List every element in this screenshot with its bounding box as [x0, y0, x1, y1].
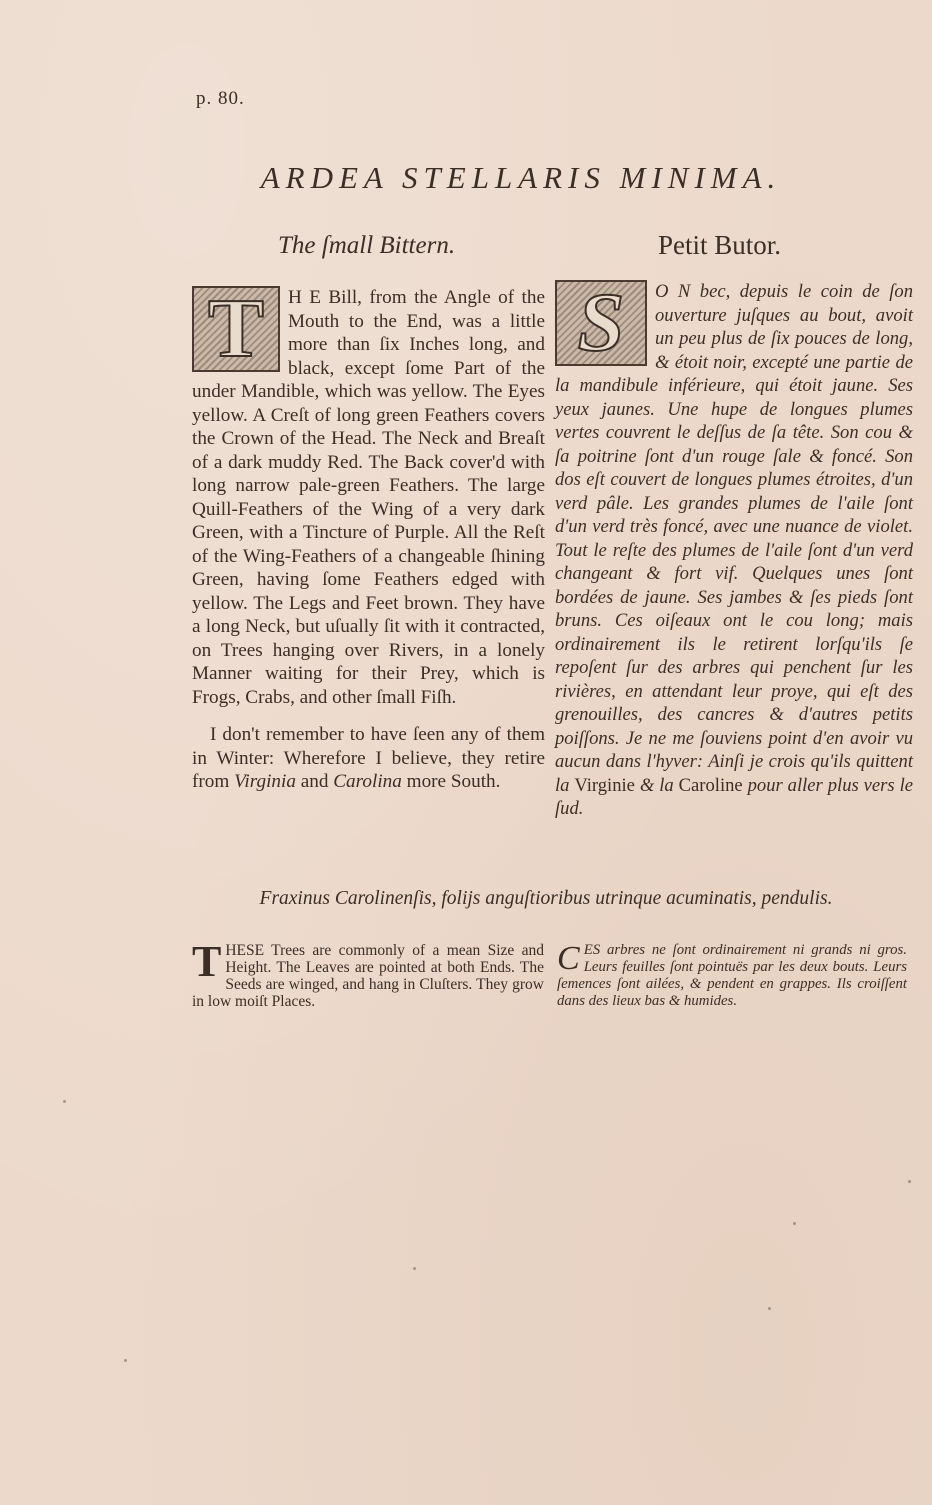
dropcap-letter: S — [557, 282, 645, 364]
place-carolina: Carolina — [333, 771, 402, 792]
ornamental-dropcap-t: T — [192, 286, 280, 372]
subtitle-english: The ſmall Bittern. — [278, 232, 455, 260]
place-caroline: Caroline — [679, 775, 743, 796]
tree-english-column: T HESE Trees are commonly of a mean Size… — [192, 942, 544, 1010]
paper-spot — [413, 1267, 416, 1270]
paper-spot — [793, 1222, 796, 1225]
place-virginie: Virginie — [574, 775, 635, 796]
paper-spot — [908, 1180, 911, 1183]
page-number: p. 80. — [196, 88, 245, 110]
dropcap-c: C — [557, 944, 580, 974]
text: more South. — [402, 771, 501, 792]
english-column: T H E Bill, from the Angle of the Mouth … — [192, 286, 545, 794]
tree-title: Fraxinus Carolinenſis, folijs anguſtiori… — [0, 888, 932, 910]
ornamental-dropcap-s: S — [555, 280, 647, 366]
tree-english-text: HESE Trees are commonly of a mean Size a… — [192, 942, 544, 1010]
tree-french-column: C ES arbres ne ſont ordinairement ni gra… — [557, 942, 907, 1010]
paper-spot — [768, 1307, 771, 1310]
french-column: S O N bec, depuis le coin de ſon ouvertu… — [555, 280, 913, 821]
english-paragraph-2: I don't remember to have ſeen any of the… — [192, 723, 545, 794]
page-title: ARDEA STELLARIS MINIMA. — [0, 160, 932, 196]
paper-spot — [124, 1359, 127, 1362]
text: & la — [635, 775, 679, 796]
tree-french-text: ES arbres ne ſont ordinairement ni grand… — [557, 942, 907, 1009]
text: and — [296, 771, 333, 792]
paper-spot — [63, 1100, 66, 1103]
subtitle-french: Petit Butor. — [658, 230, 781, 261]
dropcap-letter: T — [194, 288, 278, 370]
place-virginia: Virginia — [234, 771, 296, 792]
dropcap-t: T — [192, 944, 221, 980]
